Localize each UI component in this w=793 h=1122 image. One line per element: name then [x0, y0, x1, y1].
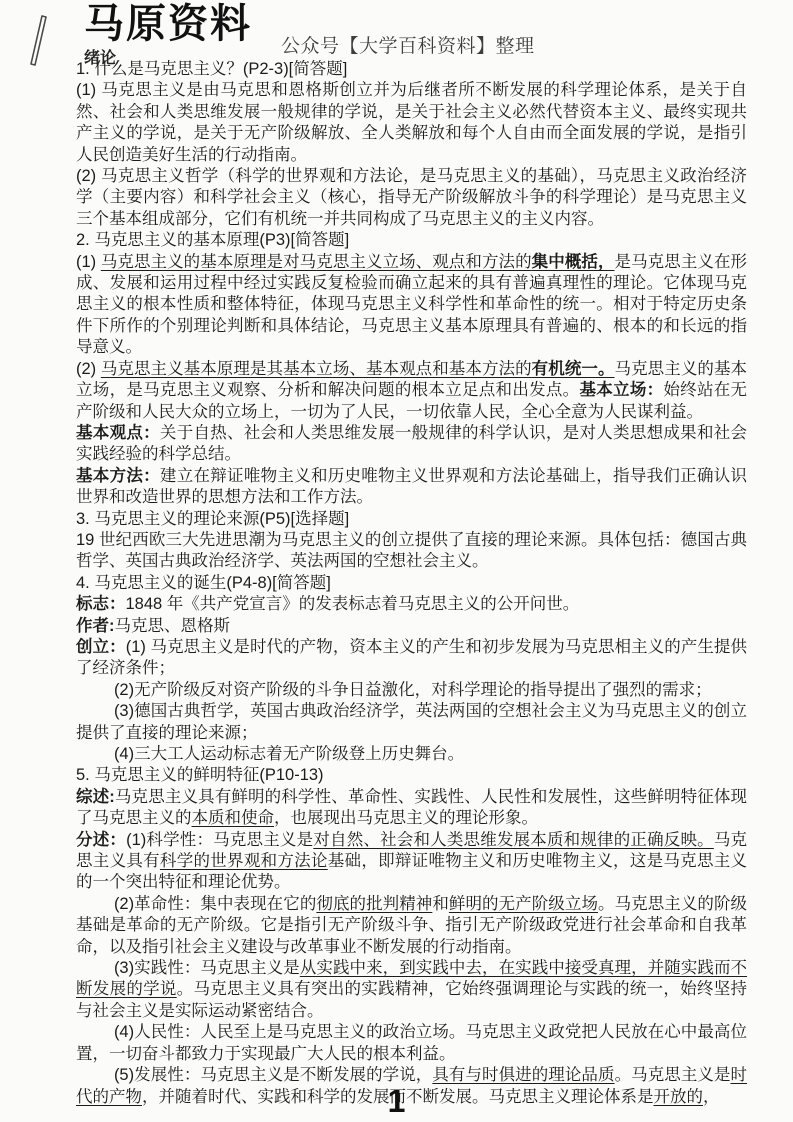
- text-segment: 有机统一。: [532, 360, 615, 378]
- text-segment: 马克思、恩格斯: [115, 617, 231, 635]
- text-segment: 1848 年《共产党宣言》的发表标志着马克思主义的公开问世。: [126, 595, 580, 613]
- text-segment: 作者:: [76, 617, 115, 635]
- text-segment: 彻底的批判精神: [316, 895, 432, 913]
- text-segment: 分述：: [76, 831, 126, 849]
- paragraph: 1. 什么是马克思主义？(P2-3)[简答题]: [76, 59, 747, 80]
- paragraph: (1) 马克思主义的基本原理是对马克思主义立场、观点和方法的集中概括，是马克思主…: [76, 252, 747, 359]
- text-segment: 具有与时俱进的理论品质: [432, 1066, 614, 1084]
- page-title: 马原资料: [84, 4, 252, 44]
- text-segment: 对自然、社会和人类思维发展本质和规律的正确反映。: [313, 831, 714, 849]
- text-segment: 建立在辩证唯物主义和历史唯物主义世界观和方法论基础上，指导我们正确认识世界和改造…: [76, 467, 747, 506]
- text-segment: (2)无产阶级反对资产阶级的斗争日益激化，对科学理论的指导提出了强烈的需求；: [114, 681, 712, 699]
- paragraph: (2)无产阶级反对资产阶级的斗争日益激化，对科学理论的指导提出了强烈的需求；: [76, 680, 747, 701]
- text-segment: 。马克思主义具有突出的实践精神，它始终强调理论与实践的统一，始终坚持与社会主义是…: [76, 980, 747, 1019]
- paragraph: 基本方法：建立在辩证唯物主义和历史唯物主义世界观和方法论基础上，指导我们正确认识…: [76, 466, 747, 509]
- paragraph: 5. 马克思主义的鲜明特征(P10-13): [76, 765, 747, 786]
- text-segment: (2)革命性：集中表现在它的: [114, 895, 316, 913]
- document-body: 1. 什么是马克思主义？(P2-3)[简答题](1) 马克思主义是由马克思和恩格…: [76, 59, 747, 1108]
- text-segment: (4)人民性：人民至上是马克思主义的政治立场。马克思主义政党把人民放在心中最高位…: [76, 1023, 747, 1062]
- text-segment: 关于自热、社会和人类思维发展一般规律的科学认识，是对人类思想成果和社会实践经验的…: [76, 424, 747, 463]
- text-segment: (3)德国古典哲学，英国古典政治经济学，英法两国的空想社会主义为马克思主义的创立…: [76, 702, 747, 741]
- text-segment: 1. 什么是马克思主义？(P2-3)[简答题]: [76, 60, 347, 78]
- text-segment: 5. 马克思主义的鲜明特征(P10-13): [76, 766, 324, 784]
- paragraph: 3. 马克思主义的理论来源(P5)[选择题]: [76, 509, 747, 530]
- paragraph: (4)三大工人运动标志着无产阶级登上历史舞台。: [76, 744, 747, 765]
- text-segment: 综述:: [76, 788, 115, 806]
- text-segment: (1) 马克思主义是时代的产物，资本主义的产生和初步发展为马克思相主义的产生提供…: [76, 638, 747, 677]
- text-segment: 集中概括，: [532, 253, 615, 271]
- text-segment: (4)三大工人运动标志着无产阶级登上历史舞台。: [114, 745, 464, 763]
- paragraph: 2. 马克思主义的基本原理(P3)[简答题]: [76, 230, 747, 251]
- paragraph: (2) 马克思主义基本原理是其基本立场、基本观点和基本方法的有机统一。马克思主义…: [76, 359, 747, 423]
- text-segment: 4. 马克思主义的诞生(P4-8)[简答题]: [76, 574, 331, 592]
- text-segment: (1): [76, 253, 101, 271]
- paragraph: 作者:马克思、恩格斯: [76, 616, 747, 637]
- paragraph: (2) 马克思主义哲学（科学的世界观和方法论，是马克思主义的基础），马克思主义政…: [76, 166, 747, 230]
- text-segment: 本质和使命: [192, 809, 275, 827]
- paragraph: (4)人民性：人民至上是马克思主义的政治立场。马克思主义政党把人民放在心中最高位…: [76, 1022, 747, 1065]
- text-segment: 基本方法：: [76, 467, 160, 485]
- paragraph: 19 世纪西欧三大先进思潮为马克思主义的创立提供了直接的理论来源。具体包括：德国…: [76, 530, 747, 573]
- pen-mark: [8, 8, 58, 88]
- text-segment: 基本观点：: [76, 424, 160, 442]
- text-segment: 3. 马克思主义的理论来源(P5)[选择题]: [76, 510, 349, 528]
- text-segment: 基本立场：: [579, 381, 663, 399]
- text-segment: 鲜明的无产阶级立场: [449, 895, 598, 913]
- paragraph: 创立：(1) 马克思主义是时代的产物，资本主义的产生和初步发展为马克思相主义的产…: [76, 637, 747, 680]
- text-segment: 19 世纪西欧三大先进思潮为马克思主义的创立提供了直接的理论来源。具体包括：德国…: [76, 531, 747, 570]
- text-segment: (2): [76, 360, 101, 378]
- text-segment: 标志：: [76, 595, 126, 613]
- paragraph: 标志：1848 年《共产党宣言》的发表标志着马克思主义的公开问世。: [76, 594, 747, 615]
- text-segment: 科学的世界观和方法论: [160, 852, 328, 870]
- paragraph: 分述：(1)科学性：马克思主义是对自然、社会和人类思维发展本质和规律的正确反映。…: [76, 830, 747, 894]
- paragraph: (3)实践性：马克思主义是从实践中来，到实践中去，在实践中接受真理，并随实践而不…: [76, 958, 747, 1022]
- paragraph: (1) 马克思主义是由马克思和恩格斯创立并为后继者所不断发展的科学理论体系，是关…: [76, 80, 747, 166]
- text-segment: (3)实践性：马克思主义是: [114, 959, 300, 977]
- paragraph: 基本观点：关于自热、社会和人类思维发展一般规律的科学认识，是对人类思想成果和社会…: [76, 423, 747, 466]
- page-number: 1: [0, 1083, 793, 1120]
- paragraph: (3)德国古典哲学，英国古典政治经济学，英法两国的空想社会主义为马克思主义的创立…: [76, 701, 747, 744]
- text-segment: 马克思主义的基本原理是对马克思主义立场、观点和方法的: [101, 253, 532, 271]
- paragraph: 综述:马克思主义具有鲜明的科学性、革命性、实践性、人民性和发展性，这些鲜明特征体…: [76, 787, 747, 830]
- text-segment: 马克思主义基本原理是其基本立场、基本观点和基本方法的: [101, 360, 532, 378]
- text-segment: 和: [432, 895, 449, 913]
- text-segment: ，也展现出马克思主义的理论形象。: [274, 809, 538, 827]
- paragraph: 4. 马克思主义的诞生(P4-8)[简答题]: [76, 573, 747, 594]
- watermark-text: 公众号【大学百科资料】整理: [281, 31, 535, 58]
- text-segment: (1) 马克思主义是由马克思和恩格斯创立并为后继者所不断发展的科学理论体系，是关…: [76, 81, 747, 163]
- text-segment: (2) 马克思主义哲学（科学的世界观和方法论，是马克思主义的基础），马克思主义政…: [76, 167, 747, 228]
- text-segment: 创立：: [76, 638, 126, 656]
- text-segment: 。马克思主义是: [615, 1066, 731, 1084]
- paragraph: (2)革命性：集中表现在它的彻底的批判精神和鲜明的无产阶级立场。马克思主义的阶级…: [76, 894, 747, 958]
- text-segment: (1)科学性：马克思主义是: [126, 831, 313, 849]
- text-segment: (5)发展性：马克思主义是不断发展的学说，: [114, 1066, 432, 1084]
- text-segment: 2. 马克思主义的基本原理(P3)[简答题]: [76, 231, 349, 249]
